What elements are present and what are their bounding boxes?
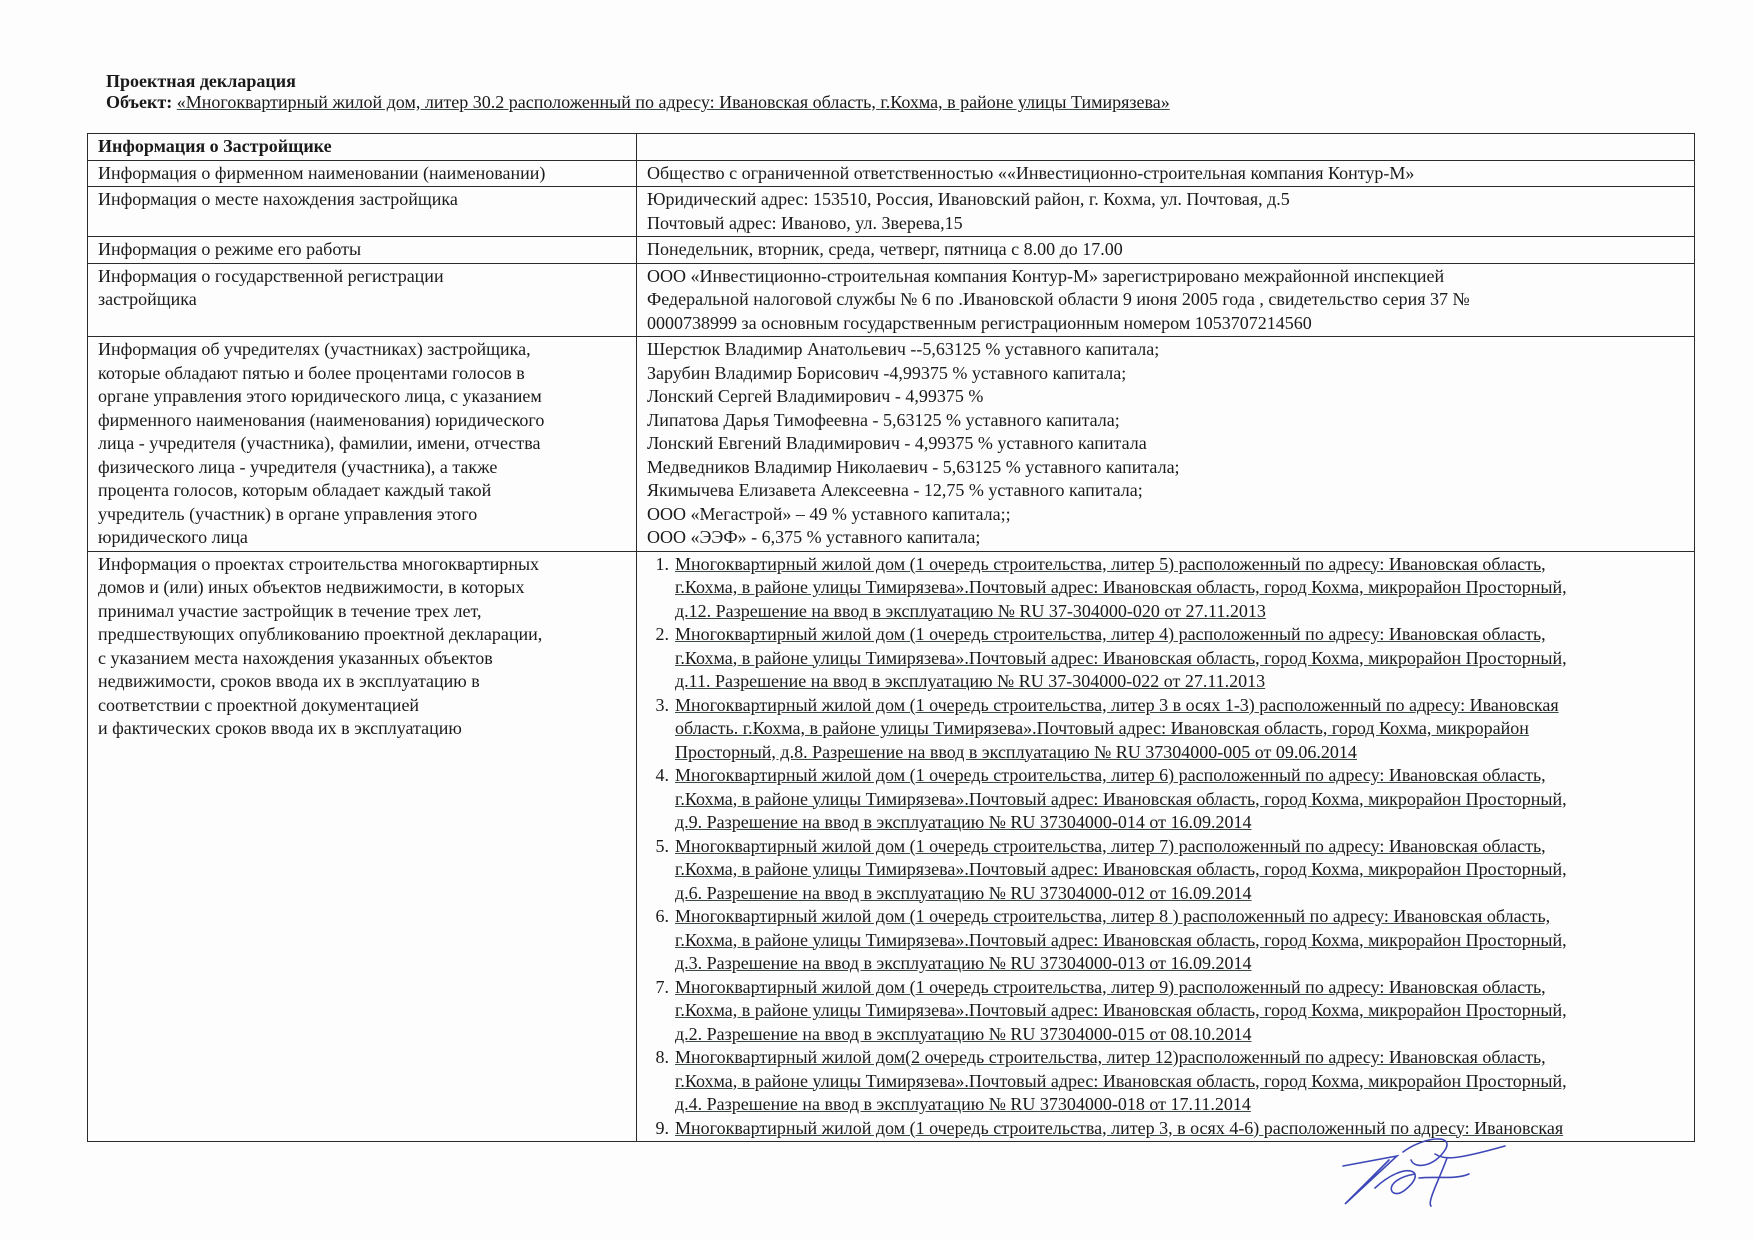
- label-line: органе управления этого юридического лиц…: [98, 385, 628, 409]
- label-line: процента голосов, которым обладает кажды…: [98, 479, 628, 503]
- founder-item: Лонский Сергей Владимирович - 4,99375 %: [647, 385, 1686, 409]
- project-line: д.3. Разрешение на ввод в эксплуатацию №…: [675, 952, 1686, 976]
- row-value: Юридический адрес: 153510, Россия, Ивано…: [637, 187, 1695, 237]
- project-line: Многоквартирный жилой дом(2 очередь стро…: [675, 1046, 1686, 1070]
- project-line: Многоквартирный жилой дом (1 очередь стр…: [675, 694, 1686, 718]
- projects-list: 1. Многоквартирный жилой дом (1 очередь …: [637, 551, 1695, 1142]
- project-line: г.Кохма, в районе улицы Тимирязева».Почт…: [675, 1070, 1686, 1094]
- founder-item: Якимычева Елизавета Алексеевна - 12,75 %…: [647, 479, 1686, 503]
- label-line: физического лица - учредителя (участника…: [98, 456, 628, 480]
- project-item: 6. Многоквартирный жилой дом (1 очередь …: [675, 905, 1686, 976]
- developer-info-table: Информация о Застройщике Информация о фи…: [87, 133, 1695, 1142]
- project-number: 5.: [647, 835, 669, 859]
- project-item: 5. Многоквартирный жилой дом (1 очередь …: [675, 835, 1686, 906]
- table-row-work-hours: Информация о режиме его работы Понедельн…: [88, 237, 1695, 264]
- section-header: Информация о Застройщике: [88, 134, 637, 161]
- project-item: 3. Многоквартирный жилой дом (1 очередь …: [675, 694, 1686, 765]
- label-line: юридического лица: [98, 526, 628, 550]
- label-line: Информация о проектах строительства мног…: [98, 553, 628, 577]
- project-number: 8.: [647, 1046, 669, 1070]
- project-number: 7.: [647, 976, 669, 1000]
- value-line: Федеральной налоговой службы № 6 по .Ива…: [647, 288, 1686, 312]
- project-line: д.2. Разрешение на ввод в эксплуатацию №…: [675, 1023, 1686, 1047]
- row-label: Информация о месте нахождения застройщик…: [88, 187, 637, 237]
- table-row-registration: Информация о государственной регистрации…: [88, 263, 1695, 337]
- project-line: Многоквартирный жилой дом (1 очередь стр…: [675, 835, 1686, 859]
- value-line: 0000738999 за основным государственным р…: [647, 312, 1686, 336]
- project-line: г.Кохма, в районе улицы Тимирязева».Почт…: [675, 858, 1686, 882]
- row-label: Информация об учредителях (участниках) з…: [88, 337, 637, 552]
- founder-item: ООО «ЭЭФ» - 6,375 % уставного капитала;: [647, 526, 1686, 550]
- project-line: Многоквартирный жилой дом (1 очередь стр…: [675, 764, 1686, 788]
- object-label: Объект:: [106, 92, 172, 112]
- project-line: д.6. Разрешение на ввод в эксплуатацию №…: [675, 882, 1686, 906]
- label-line: лица - учредителя (участника), фамилии, …: [98, 432, 628, 456]
- project-line: г.Кохма, в районе улицы Тимирязева».Почт…: [675, 788, 1686, 812]
- project-number: 6.: [647, 905, 669, 929]
- table-row-location: Информация о месте нахождения застройщик…: [88, 187, 1695, 237]
- project-line: Многоквартирный жилой дом (1 очередь стр…: [675, 905, 1686, 929]
- project-line: Многоквартирный жилой дом (1 очередь стр…: [675, 976, 1686, 1000]
- project-number: 9.: [647, 1117, 669, 1141]
- project-line: д.9. Разрешение на ввод в эксплуатацию №…: [675, 811, 1686, 835]
- project-number: 4.: [647, 764, 669, 788]
- row-label: Информация о фирменном наименовании (наи…: [88, 160, 637, 187]
- project-item: 7. Многоквартирный жилой дом (1 очередь …: [675, 976, 1686, 1047]
- value-line: ООО «Инвестиционно-строительная компания…: [647, 265, 1686, 289]
- project-item: 9. Многоквартирный жилой дом (1 очередь …: [675, 1117, 1686, 1141]
- project-line: д.4. Разрешение на ввод в эксплуатацию №…: [675, 1093, 1686, 1117]
- row-value: ООО «Инвестиционно-строительная компания…: [637, 263, 1695, 337]
- project-item: 1. Многоквартирный жилой дом (1 очередь …: [675, 553, 1686, 624]
- project-item: 4. Многоквартирный жилой дом (1 очередь …: [675, 764, 1686, 835]
- project-line: г.Кохма, в районе улицы Тимирязева».Почт…: [675, 929, 1686, 953]
- label-line: и фактических сроков ввода их в эксплуат…: [98, 717, 628, 741]
- founder-item: ООО «Мегастрой» – 49 % уставного капитал…: [647, 503, 1686, 527]
- table-row-projects: Информация о проектах строительства мног…: [88, 551, 1695, 1142]
- signature-icon: [1335, 1130, 1515, 1210]
- label-line: недвижимости, сроков ввода их в эксплуат…: [98, 670, 628, 694]
- founder-item: Липатова Дарья Тимофеевна - 5,63125 % ус…: [647, 409, 1686, 433]
- legal-address: Юридический адрес: 153510, Россия, Ивано…: [647, 188, 1686, 212]
- table-section-header-row: Информация о Застройщике: [88, 134, 1695, 161]
- founders-list: Шерстюк Владимир Анатольевич --5,63125 %…: [637, 337, 1695, 552]
- table-row-founders: Информация об учредителях (участниках) з…: [88, 337, 1695, 552]
- project-line: д.12. Разрешение на ввод в эксплуатацию …: [675, 600, 1686, 624]
- label-line: принимал участие застройщик в течение тр…: [98, 600, 628, 624]
- project-line: д.11. Разрешение на ввод в эксплуатацию …: [675, 670, 1686, 694]
- document-heading: Проектная декларация: [106, 71, 296, 92]
- label-line: застройщика: [98, 288, 628, 312]
- label-line: соответствии с проектной документацией: [98, 694, 628, 718]
- project-line: г.Кохма, в районе улицы Тимирязева».Почт…: [675, 999, 1686, 1023]
- row-label: Информация о режиме его работы: [88, 237, 637, 264]
- label-line: Информация об учредителях (участниках) з…: [98, 338, 628, 362]
- work-hours: Понедельник, вторник, среда, четверг, пя…: [647, 238, 1686, 262]
- project-line: Многоквартирный жилой дом (1 очередь стр…: [675, 553, 1686, 577]
- object-value: «Многоквартирный жилой дом, литер 30.2 р…: [177, 92, 1170, 112]
- project-line: Многоквартирный жилой дом (1 очередь стр…: [675, 623, 1686, 647]
- section-header-empty-cell: [637, 134, 1695, 161]
- row-value: Общество с ограниченной ответственностью…: [637, 160, 1695, 187]
- postal-address: Почтовый адрес: Иваново, ул. Зверева,15: [647, 212, 1686, 236]
- founder-item: Медведников Владимир Николаевич - 5,6312…: [647, 456, 1686, 480]
- table-row-company-name: Информация о фирменном наименовании (наи…: [88, 160, 1695, 187]
- projects-ordered-list: 1. Многоквартирный жилой дом (1 очередь …: [647, 553, 1686, 1141]
- founder-item: Зарубин Владимир Борисович -4,99375 % ус…: [647, 362, 1686, 386]
- project-number: 2.: [647, 623, 669, 647]
- label-line: фирменного наименования (наименования) ю…: [98, 409, 628, 433]
- project-item: 8. Многоквартирный жилой дом(2 очередь с…: [675, 1046, 1686, 1117]
- label-line: учредитель (участник) в органе управлени…: [98, 503, 628, 527]
- project-item: 2. Многоквартирный жилой дом (1 очередь …: [675, 623, 1686, 694]
- project-line: г.Кохма, в районе улицы Тимирязева».Почт…: [675, 576, 1686, 600]
- label-line: которые обладают пятью и более процентам…: [98, 362, 628, 386]
- founder-item: Шерстюк Владимир Анатольевич --5,63125 %…: [647, 338, 1686, 362]
- object-line: Объект: «Многоквартирный жилой дом, лите…: [106, 92, 1170, 113]
- project-line: г.Кохма, в районе улицы Тимирязева».Почт…: [675, 647, 1686, 671]
- project-line: Многоквартирный жилой дом (1 очередь стр…: [675, 1117, 1686, 1141]
- row-label: Информация о проектах строительства мног…: [88, 551, 637, 1142]
- value-line: Общество с ограниченной ответственностью…: [647, 162, 1686, 186]
- label-line: предшествующих опубликованию проектной д…: [98, 623, 628, 647]
- row-label: Информация о государственной регистрации…: [88, 263, 637, 337]
- label-line: домов и (или) иных объектов недвижимости…: [98, 576, 628, 600]
- document-page: Проектная декларация Объект: «Многокварт…: [0, 0, 1753, 1240]
- row-value: Понедельник, вторник, среда, четверг, пя…: [637, 237, 1695, 264]
- project-line: область. г.Кохма, в районе улицы Тимиряз…: [675, 717, 1686, 741]
- label-line: с указанием места нахождения указанных о…: [98, 647, 628, 671]
- project-number: 1.: [647, 553, 669, 577]
- label-line: Информация о государственной регистрации: [98, 265, 628, 289]
- founder-item: Лонский Евгений Владимирович - 4,99375 %…: [647, 432, 1686, 456]
- project-line: Просторный, д.8. Разрешение на ввод в эк…: [675, 741, 1686, 765]
- project-number: 3.: [647, 694, 669, 718]
